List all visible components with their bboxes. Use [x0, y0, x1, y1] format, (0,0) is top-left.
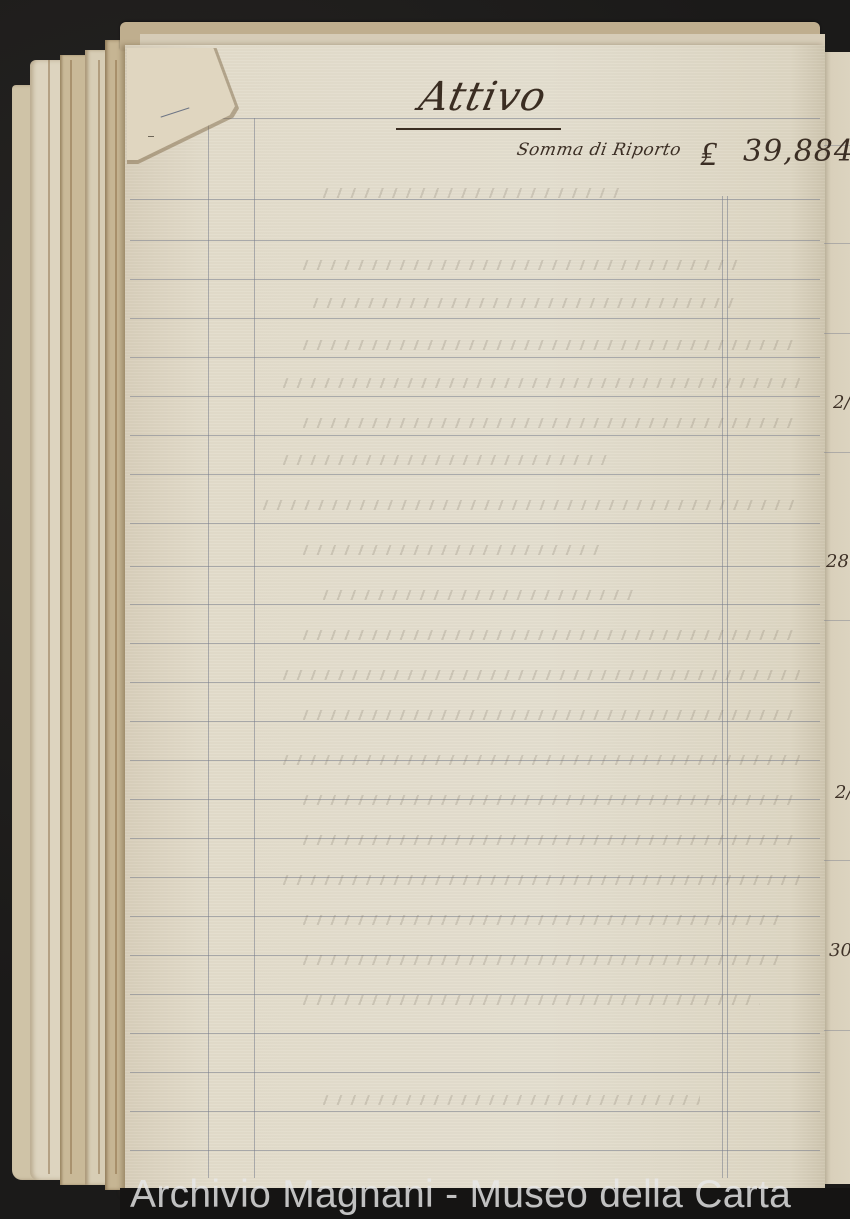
facing-ruled-line	[824, 1030, 850, 1031]
ruled-line	[130, 435, 820, 436]
ghost-stroke	[300, 260, 740, 270]
page-edge-line	[98, 60, 100, 1174]
ghost-stroke	[300, 955, 780, 965]
ghost-stroke	[280, 455, 610, 465]
page-edge-line	[48, 60, 50, 1174]
ghost-stroke	[300, 710, 800, 720]
ghost-stroke	[280, 875, 800, 885]
ruled-line	[130, 721, 820, 722]
ruled-line	[130, 682, 820, 683]
facing-ruled-line	[824, 620, 850, 621]
ghost-stroke	[280, 670, 800, 680]
ruled-line	[130, 643, 820, 644]
facing-ruled-line	[824, 333, 850, 334]
carry-forward-row: Somma di Riporto ₤ 39,884.	[517, 140, 681, 160]
carry-forward-amount: 39,884.	[743, 134, 850, 169]
ghost-stroke	[280, 755, 800, 765]
ref-column-line	[254, 118, 255, 1178]
pencil-mark	[148, 132, 154, 137]
ghost-stroke	[300, 630, 800, 640]
ruled-line	[130, 604, 820, 605]
archive-watermark: Archivio Magnani - Museo della Carta	[130, 1173, 850, 1217]
ruled-line	[130, 279, 820, 280]
ruled-line	[130, 1072, 820, 1073]
ghost-stroke	[280, 378, 800, 388]
ruled-line	[130, 523, 820, 524]
ledger-page	[125, 45, 825, 1195]
pound-sign-icon: ₤	[700, 134, 717, 174]
ruled-line	[130, 1033, 820, 1034]
page-edge-line	[70, 60, 72, 1174]
ghost-stroke	[300, 418, 800, 428]
ruled-line	[130, 240, 820, 241]
ruled-line	[130, 199, 820, 200]
ruled-line	[130, 396, 820, 397]
ghost-stroke	[300, 545, 600, 555]
heading-underline	[396, 128, 561, 130]
ruled-line	[130, 566, 820, 567]
facing-page-number: 2/	[833, 392, 850, 413]
ghost-stroke	[300, 835, 800, 845]
ruled-line	[130, 474, 820, 475]
page-edge-line	[115, 60, 117, 1174]
facing-page-number: 30	[829, 940, 850, 961]
ruled-line	[130, 318, 820, 319]
ruled-line	[130, 357, 820, 358]
ruled-line	[130, 1111, 820, 1112]
facing-page-edge	[822, 52, 850, 1184]
facing-ruled-line	[824, 860, 850, 861]
facing-page-number: 28	[826, 551, 849, 572]
ghost-stroke	[320, 188, 620, 198]
date-column-line	[208, 118, 209, 1178]
ghost-stroke	[320, 1095, 700, 1105]
ghost-stroke	[300, 995, 760, 1005]
ruled-line	[130, 1150, 820, 1151]
ledger-heading: Attivo	[415, 74, 551, 120]
ghost-stroke	[320, 590, 640, 600]
facing-ruled-line	[824, 243, 850, 244]
facing-ruled-line	[824, 452, 850, 453]
ghost-stroke	[260, 500, 800, 510]
ghost-stroke	[300, 340, 800, 350]
ghost-stroke	[310, 298, 740, 308]
ghost-stroke	[300, 915, 780, 925]
facing-page-number: 2/	[835, 782, 850, 803]
carry-forward-label: Somma di Riporto	[515, 140, 682, 160]
ghost-stroke	[300, 795, 800, 805]
